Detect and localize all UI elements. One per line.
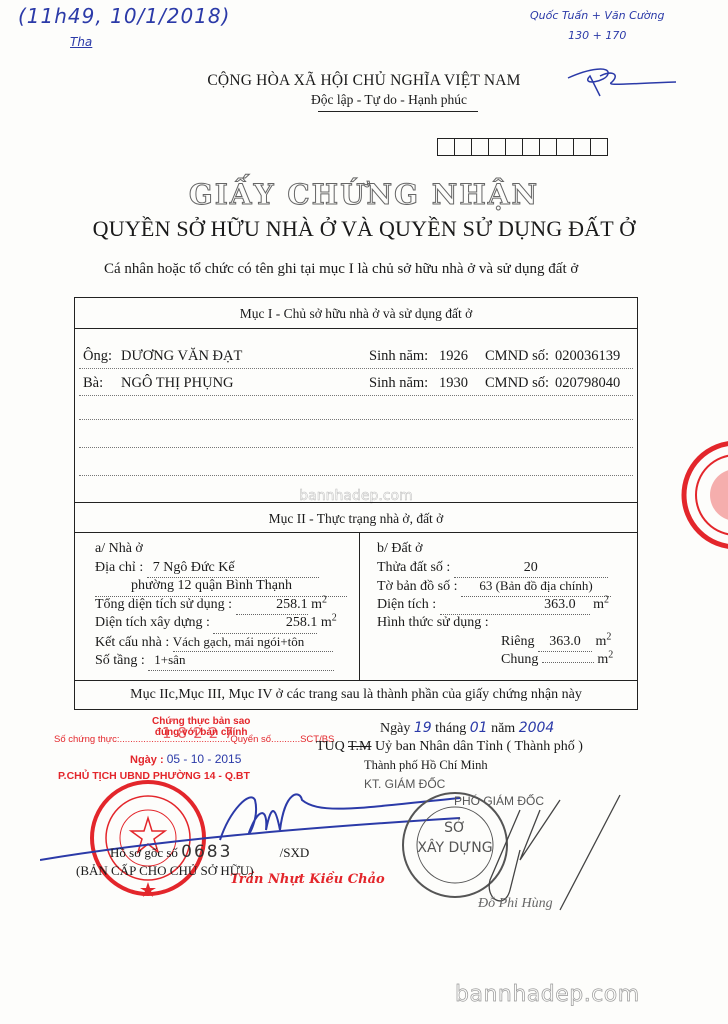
number-box xyxy=(557,139,574,155)
certificate-title: GIẤY CHỨNG NHẬN xyxy=(0,178,728,211)
cert-date: Ngày : 05 - 10 - 2015 xyxy=(130,752,241,766)
unit: m xyxy=(321,615,332,630)
build-area-label: Diện tích xây dựng : xyxy=(95,615,210,630)
certificate-subtitle: Cá nhân hoặc tổ chức có tên ghi tại mục … xyxy=(104,261,578,278)
divider xyxy=(75,328,637,329)
map-value: 63 (Bản đồ địa chính) xyxy=(461,577,611,597)
house-build-area: Diện tích xây dựng : 258.1 m2 xyxy=(95,614,351,633)
owner-id: 020036139 xyxy=(555,348,620,365)
dotted-line xyxy=(79,447,633,448)
director-signer-name: Đỗ Phi Hùng xyxy=(478,896,553,912)
handwritten-note-line2: 130 + 170 xyxy=(530,26,664,46)
copy-note: (BẢN CẤP CHO CHỦ SỞ HỮU) xyxy=(76,863,254,879)
number-box xyxy=(540,139,557,155)
watermark-bottom: bannhadep.com xyxy=(455,982,640,1007)
floors-value: 1+sân xyxy=(148,651,334,671)
owner-birth-label: Sinh năm: xyxy=(369,375,428,392)
land-area: Diện tích : 363.0 m2 xyxy=(377,596,635,615)
issue-date: Ngày 19 tháng 01 năm 2004 xyxy=(380,720,554,737)
issue-month: 01 xyxy=(470,720,488,736)
land-map: Tờ bản đồ số : 63 (Bản đồ địa chính) xyxy=(377,577,635,596)
unit: m xyxy=(593,597,604,612)
section2-heading: Mục II - Thực trạng nhà ở, đất ở xyxy=(75,511,637,527)
issue-day: 19 xyxy=(414,720,432,736)
section-footer-note: Mục IIc,Mục III, Mục IV ở các trang sau … xyxy=(75,687,637,703)
number-box xyxy=(591,139,607,155)
house-section: a/ Nhà ở Địa chỉ : 7 Ngô Đức Kế phường 1… xyxy=(95,540,351,670)
house-structure: Kết cấu nhà : Vách gạch, mái ngói+tôn xyxy=(95,633,351,652)
handwritten-note-line1: Quốc Tuấn + Văn Cường xyxy=(530,6,664,26)
issue-year-label: năm xyxy=(491,721,515,736)
motto: Độc lập - Tự do - Hạnh phúc xyxy=(0,92,728,108)
structure-label: Kết cấu nhà : xyxy=(95,635,169,650)
number-box xyxy=(523,139,540,155)
tm-struck-label: T.M xyxy=(348,739,371,754)
record-number: Hồ sơ gốc số 0683 /SXD xyxy=(110,842,309,862)
stamp-partial-icon xyxy=(672,440,728,550)
address-line2: phường 12 quận Bình Thạnh xyxy=(95,577,347,597)
address-line1: 7 Ngô Đức Kế xyxy=(147,559,319,579)
map-label: Tờ bản đồ số : xyxy=(377,579,458,594)
owner-id-label: CMND số: xyxy=(485,375,549,392)
director-title: KT. GIÁM ĐỐC xyxy=(364,777,445,791)
unit: m xyxy=(597,652,608,667)
owner-birth-label: Sinh năm: xyxy=(369,348,428,365)
number-box xyxy=(438,139,455,155)
unit: m xyxy=(311,597,322,612)
cert-date-value: 05 - 10 - 2015 xyxy=(167,752,242,766)
section1-heading: Mục I - Chủ sở hữu nhà ở và sử dụng đất … xyxy=(75,306,637,322)
usage-label: Hình thức sử dụng : xyxy=(377,614,635,633)
record-suffix: /SXD xyxy=(280,845,310,860)
private-label: Riêng xyxy=(501,634,534,649)
issue-year: 2004 xyxy=(519,720,555,736)
number-box xyxy=(455,139,472,155)
floors-label: Số tầng : xyxy=(95,653,145,668)
certificate-number-boxes xyxy=(437,138,608,156)
owner-id-label: CMND số: xyxy=(485,348,549,365)
issue-date-label: Ngày xyxy=(380,721,410,736)
land-heading: b/ Đất ở xyxy=(377,540,635,559)
private-value: 363.0 xyxy=(538,633,592,653)
build-area-value: 258.1 xyxy=(213,614,317,634)
number-box xyxy=(574,139,591,155)
owner-name: DƯƠNG VĂN ĐẠT xyxy=(121,348,242,365)
certificate-table: Mục I - Chủ sở hữu nhà ở và sử dụng đất … xyxy=(74,297,638,710)
area-label: Diện tích : xyxy=(377,597,436,612)
number-box xyxy=(506,139,523,155)
total-area-label: Tổng diện tích sử dụng : xyxy=(95,597,232,612)
land-section: b/ Đất ở Thửa đất số : 20 Tờ bản đồ số :… xyxy=(377,540,635,670)
shared-label: Chung xyxy=(501,652,538,667)
house-address: Địa chỉ : 7 Ngô Đức Kế xyxy=(95,559,351,578)
number-box xyxy=(489,139,506,155)
cert-date-label: Ngày : xyxy=(130,754,164,766)
handwritten-note: Quốc Tuấn + Văn Cường 130 + 170 xyxy=(530,6,664,46)
owner-birth-year: 1926 xyxy=(439,348,468,365)
number-box xyxy=(472,139,489,155)
owner-title: Ông: xyxy=(83,348,112,365)
land-shared: Chung m2 xyxy=(377,651,635,670)
cert-number: 18227 xyxy=(162,724,240,742)
house-heading: a/ Nhà ở xyxy=(95,540,351,559)
record-label: Hồ sơ gốc số xyxy=(110,845,178,860)
divider xyxy=(75,502,637,503)
issuing-authority: TUQ T.M Uỷ ban Nhân dân Tỉnh ( Thành phố… xyxy=(316,739,583,755)
plot-label: Thửa đất số : xyxy=(377,560,450,575)
house-address-2: phường 12 quận Bình Thạnh xyxy=(95,577,351,596)
land-private: Riêng 363.0 m2 xyxy=(377,633,635,652)
handwritten-timestamp: (11h49, 10/1/2018) xyxy=(18,4,230,28)
house-floors: Số tầng : 1+sân xyxy=(95,651,351,670)
total-area-value: 258.1 xyxy=(236,596,308,616)
dotted-line xyxy=(79,475,633,476)
issuing-city: Thành phố Hồ Chí Minh xyxy=(364,758,488,773)
dotted-line xyxy=(79,395,633,396)
nation-header: CỘNG HÒA XÃ HỘI CHỦ NGHĨA VIỆT NAM xyxy=(0,72,728,90)
tuq-label: TUQ xyxy=(316,739,345,754)
motto-underline xyxy=(318,111,478,112)
house-total-area: Tổng diện tích sử dụng : 258.1 m2 xyxy=(95,596,351,615)
divider xyxy=(75,532,637,533)
owner-birth-year: 1930 xyxy=(439,375,468,392)
dotted-line xyxy=(79,368,633,369)
divider xyxy=(75,680,637,681)
unit: m xyxy=(595,634,606,649)
owner-id: 020798040 xyxy=(555,375,620,392)
plot-value: 20 xyxy=(454,559,608,579)
address-label: Địa chỉ : xyxy=(95,560,143,575)
land-plot: Thửa đất số : 20 xyxy=(377,559,635,578)
handwritten-initials: Tha xyxy=(70,35,92,49)
area-value: 363.0 xyxy=(440,596,590,616)
shared-value xyxy=(542,662,594,663)
record-value: 0683 xyxy=(181,842,232,862)
certificate-main-title: QUYỀN SỞ HỮU NHÀ Ở VÀ QUYỀN SỬ DỤNG ĐẤT … xyxy=(0,216,728,242)
owner-title: Bà: xyxy=(83,375,103,392)
column-divider xyxy=(359,532,360,680)
owner-name: NGÔ THỊ PHỤNG xyxy=(121,375,234,392)
dotted-line xyxy=(79,419,633,420)
issue-month-label: tháng xyxy=(435,721,466,736)
committee-label: Uỷ ban Nhân dân Tỉnh ( Thành phố ) xyxy=(375,739,583,754)
structure-value: Vách gạch, mái ngói+tôn xyxy=(173,633,333,653)
